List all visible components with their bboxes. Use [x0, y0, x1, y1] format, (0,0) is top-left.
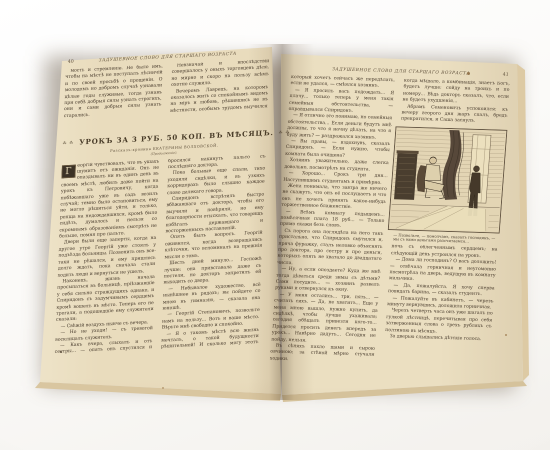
right-page-content: ЗАДУШЕВНОЕ СЛОВО ДЛЯ СТАРШАГО ВОЗРАСТА 4…: [269, 64, 511, 376]
previous-story-text: мость и стремленіе. Не было имъ, чтобы н…: [63, 59, 269, 125]
story-paragraph: — У меня остались... три, пять... — счит…: [271, 292, 379, 346]
ink-speck: [60, 351, 62, 353]
photo-background: 40 ЗАДУШЕВНОЕ СЛОВО ДЛЯ СТАРШАГО ВОЗРАСТ…: [0, 0, 550, 450]
story-text-col2-bottom: ночь съ облегченнымъ сердцемъ; на слѣдую…: [383, 245, 498, 370]
story-paragraph: Абрамъ Семеновичъ успокоился: къ вечеру …: [401, 104, 508, 127]
right-page-number: 41: [498, 72, 508, 77]
right-column: когда мѣшало, а комбинація, знаетъ Богъ,…: [383, 79, 511, 370]
story-paragraph: — Ну, а если опоздаете? Куда же мнѣ тогд…: [275, 267, 381, 296]
illustration-caption: — Позвольте, — помолчавъ, сказалъ господ…: [392, 233, 499, 246]
story-illustration: [388, 126, 508, 233]
title-ornament-left: ⁂ ⁂: [63, 141, 74, 146]
left-page-number: 40: [68, 59, 78, 65]
story-text-col2-top: когда мѣшало, а комбинація, знаетъ Богъ,…: [401, 79, 510, 128]
story-paragraph: — Дома ли господинъ? О васъ доложить! — …: [389, 257, 497, 286]
story-paragraph: — Я отлично это понимаю, но семейныя обс…: [286, 113, 392, 142]
story-paragraph: Георгій чувствовалъ, что въ ушахъ шумитъ…: [59, 159, 159, 241]
story-paragraph: Съ порога она поглядѣла на него такъ при…: [277, 228, 384, 270]
foxing-speck: [505, 334, 507, 336]
story-paragraph: когда мѣшало, а комбинація, знаетъ Богъ,…: [402, 79, 510, 108]
right-page-body: который хочетъ сейчасъ же передѣлать, ес…: [270, 75, 511, 369]
drop-cap: Г: [61, 164, 75, 178]
story-text-left-page: Георгій чувствовалъ, что въ ушахъ шумитъ…: [54, 154, 265, 361]
open-book: 40 ЗАДУШЕВНОЕ СЛОВО ДЛЯ СТАРШАГО ВОЗРАСТ…: [0, 0, 550, 450]
left-page-content: 40 ЗАДУШЕВНОЕ СЛОВО ДЛЯ СТАРШАГО ВОЗРАСТ…: [54, 48, 270, 367]
story-paragraph: Черезъ четверть часа онъ уже шагалъ по г…: [385, 308, 493, 337]
story-paragraph: — Я просилъ васъ подождать... Я плачу...…: [288, 88, 394, 117]
story-paragraph: Жена понимала, что завтра же ничего не с…: [281, 184, 387, 213]
foxing-speck: [162, 387, 164, 389]
story-paragraph: Въ сѣняхъ пахло щами и сырою овчиною; за…: [270, 344, 375, 366]
story-paragraph: Спиридонъ встрѣтилъ быстро вбѣжавшаго от…: [165, 193, 264, 236]
story-paragraph: мость и стремленіе. Не было имъ, чтобы н…: [64, 64, 163, 120]
story-title-block: ⁂ ⁂ УРОКЪ ЗА 3 РУБ. 50 КОП. ВЪ МѢСЯЦЪ. ⁂…: [62, 120, 267, 160]
story-paragraph: Наконецъ, жизнь начала просыпаться въ бо…: [56, 275, 155, 325]
story-text-col1: который хочетъ сейчасъ же передѣлать, ес…: [270, 75, 396, 366]
foxing-speck: [467, 72, 470, 75]
right-running-head: ЗАДУШЕВНОЕ СЛОВО ДЛЯ СТАРШАГО ВОЗРАСТА: [332, 67, 470, 76]
story-paragraph: Двери были еще заперты, когда на другое …: [57, 236, 156, 279]
